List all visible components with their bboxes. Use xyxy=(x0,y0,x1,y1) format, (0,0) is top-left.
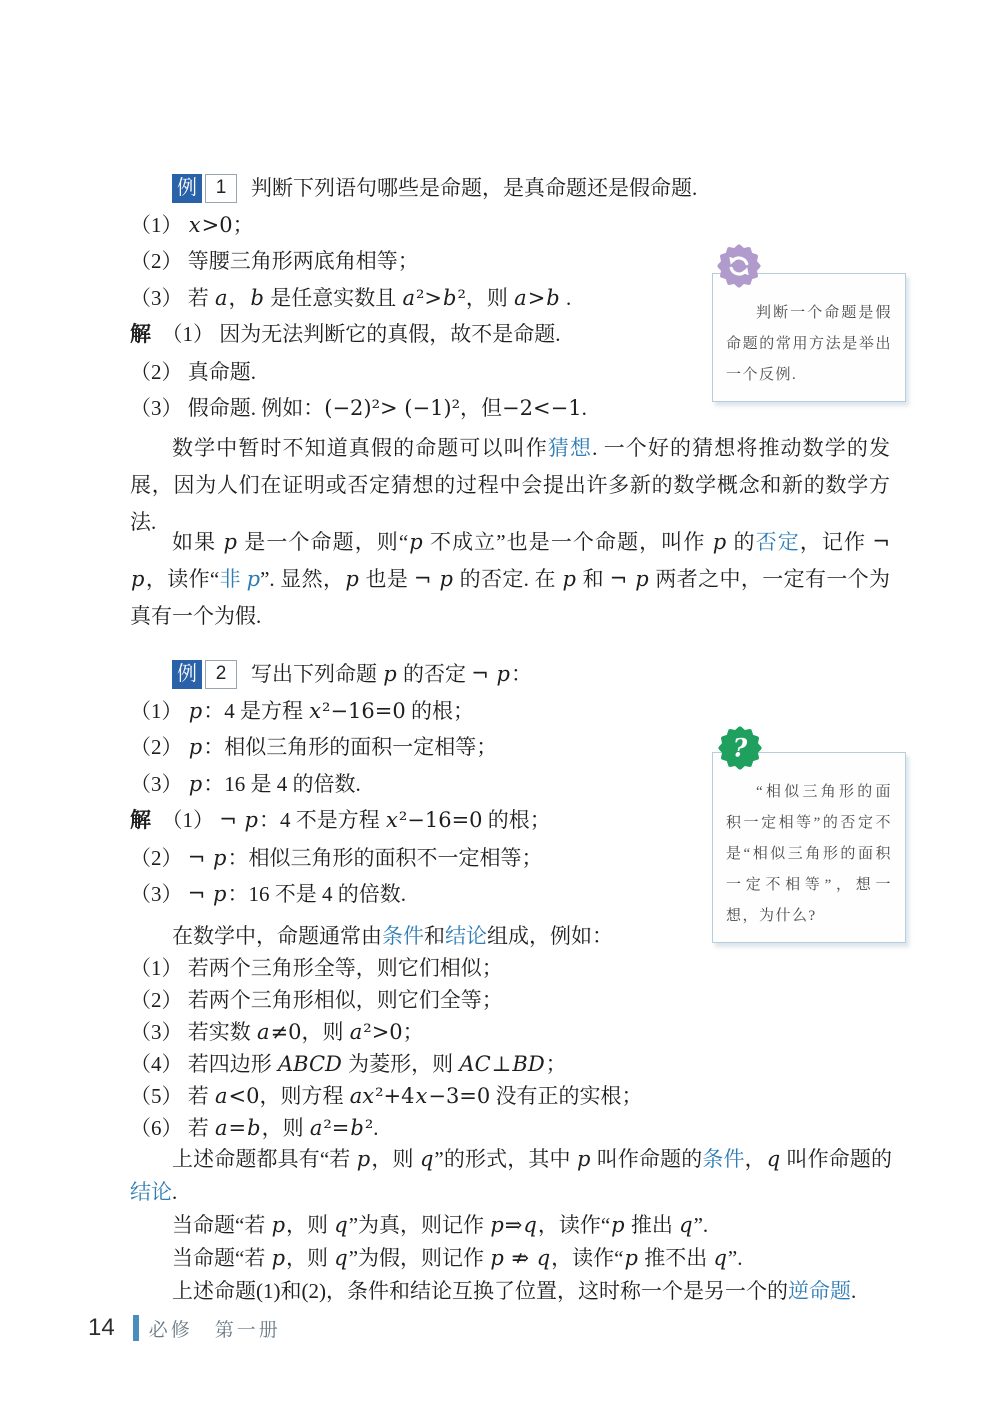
text-segment: b xyxy=(545,286,560,310)
text-segment: −2<−1 xyxy=(502,396,582,420)
text-segment: ²= xyxy=(323,1116,349,1140)
text-segment: . xyxy=(561,286,572,310)
text-segment: . xyxy=(582,396,587,420)
page-footer: 14 必修 第一册 xyxy=(88,1314,281,1342)
text-segment: (−2)²> (−1)² xyxy=(324,396,460,420)
text-segment: p xyxy=(188,772,203,796)
text-segment: a xyxy=(256,1020,271,1044)
text-segment: > xyxy=(528,286,546,310)
text-segment: 的否定. 在 xyxy=(454,567,562,591)
text-segment: 是任意实数且 xyxy=(265,286,402,310)
text-segment: （2） 若两个三角形相似，则它们全等； xyxy=(130,988,503,1012)
textbook-page: 例 1 判断下列语句哪些是命题，是真命题还是假命题. （1） x>0；（2） 等… xyxy=(0,0,1000,1422)
text-segment: a xyxy=(309,1116,324,1140)
text-segment: 叫作命题的 xyxy=(591,1147,702,1171)
text-segment: ≠0 xyxy=(271,1020,302,1044)
text-line: （1） x>0； xyxy=(130,207,730,244)
text-segment: x xyxy=(415,1084,429,1108)
text-segment: . xyxy=(851,1279,856,1303)
text-segment: 条件 xyxy=(702,1147,744,1171)
example-badge-label: 例 xyxy=(172,174,202,203)
text-segment: p xyxy=(624,1246,639,1270)
text-segment: 没有正的实根； xyxy=(490,1084,642,1108)
text-line: （6） 若 a=b，则 a²=b². xyxy=(130,1112,892,1144)
text-segment: 当命题“若 xyxy=(172,1246,271,1270)
text-segment: （3） xyxy=(130,882,188,906)
text-segment: BD xyxy=(511,1052,545,1076)
margin-note-think: ? “相似三角形的面积一定相等”的否定不是“相似三角形的面积一定不相等”，想一想… xyxy=(712,752,906,943)
text-segment: 上述命题(1)和(2)，条件和结论互换了位置，这时称一个是另一个的 xyxy=(172,1279,788,1303)
text-segment: ，记作 xyxy=(800,530,873,554)
example1-badge: 例 1 xyxy=(172,174,237,203)
text-segment: p xyxy=(562,567,577,591)
text-segment: 推出 xyxy=(626,1213,679,1237)
text-segment: ， xyxy=(229,286,250,310)
text-line: （1） p：4 是方程 x²−16=0 的根； xyxy=(130,693,730,730)
text-segment: （2） xyxy=(130,735,188,759)
text-segment: = xyxy=(229,1116,247,1140)
text-segment: ； xyxy=(403,1020,424,1044)
text-segment: （1） 因为无法判断它的真假，故不是命题. xyxy=(151,322,561,346)
text-segment: （6） 若 xyxy=(130,1116,214,1140)
text-segment: ，但 xyxy=(460,396,502,420)
text-segment: ¬ xyxy=(219,808,243,832)
text-segment: ²−16=0 xyxy=(322,699,406,723)
section-intro-line: 在数学中，命题通常由条件和结论组成，例如： xyxy=(130,920,892,952)
text-segment: ：相似三角形的面积不一定相等； xyxy=(227,846,542,870)
text-segment: x xyxy=(385,808,399,832)
text-line: （3） p：16 是 4 的倍数. xyxy=(130,766,730,803)
example2-block: 例 2 写出下列命题 p 的否定 ¬ p： （1） p：4 是方程 x²−16=… xyxy=(130,656,730,913)
text-segment: ， xyxy=(745,1147,766,1171)
text-segment: 为菱形，则 xyxy=(343,1052,459,1076)
text-segment: 也是 xyxy=(360,567,414,591)
footer-divider-bar xyxy=(133,1315,139,1341)
text-segment: 判断下列语句哪些是命题，是真命题还是假命题. xyxy=(251,176,697,200)
text-segment: ¬ xyxy=(471,662,495,686)
text-segment: p xyxy=(634,567,649,591)
text-segment: x xyxy=(188,213,202,237)
text-segment: p xyxy=(271,1213,286,1237)
text-segment: p xyxy=(489,1246,504,1270)
text-segment: ，则 xyxy=(286,1246,333,1270)
text-line: 解 （1） ¬ p：4 不是方程 x²−16=0 的根； xyxy=(130,802,730,840)
text-segment: b xyxy=(442,286,457,310)
closing-form-paragraph: 上述命题都具有“若 p，则 q”的形式，其中 p 叫作命题的条件，q 叫作命题的… xyxy=(130,1143,892,1209)
text-segment: ¬ xyxy=(610,567,635,591)
text-segment: ，则 xyxy=(262,1116,309,1140)
text-segment: ：16 是 4 的倍数. xyxy=(203,772,361,796)
text-segment: p xyxy=(244,808,259,832)
text-segment: ⊥ xyxy=(492,1052,512,1076)
text-segment: ”. 显然， xyxy=(260,567,344,591)
question-badge-icon: ? xyxy=(718,726,762,770)
text-segment: 和 xyxy=(577,567,610,591)
text-segment: 上述命题都具有“若 xyxy=(172,1147,356,1171)
text-line: 解 （1） 因为无法判断它的真假，故不是命题. xyxy=(130,316,730,354)
text-segment: q xyxy=(766,1147,781,1171)
text-segment: 在数学中，命题通常由 xyxy=(172,924,382,948)
section-item-lines: （1） 若两个三角形全等，则它们相似；（2） 若两个三角形相似，则它们全等；（3… xyxy=(130,952,892,1144)
text-segment: ； xyxy=(546,1052,567,1076)
text-line: （2） 真命题. xyxy=(130,354,730,391)
text-segment: b xyxy=(246,1116,261,1140)
text-line: （2） 若两个三角形相似，则它们全等； xyxy=(130,984,892,1016)
text-segment: ABCD xyxy=(277,1052,343,1076)
text-segment: （3） 假命题. 例如： xyxy=(130,396,324,420)
text-segment: . xyxy=(172,1180,177,1204)
text-segment: 和 xyxy=(424,924,445,948)
text-segment: 非 xyxy=(219,567,246,591)
text-segment: a xyxy=(513,286,528,310)
example1-title-line: 例 1 判断下列语句哪些是命题，是真命题还是假命题. xyxy=(172,170,730,207)
text-segment: p xyxy=(408,530,423,554)
text-line: （3） ¬ p：16 不是 4 的倍数. xyxy=(130,876,730,913)
text-segment: ，则 xyxy=(286,1213,333,1237)
text-segment: x xyxy=(308,699,322,723)
text-segment: ”为真，则记作 xyxy=(349,1213,490,1237)
text-segment: ”为假，则记作 xyxy=(349,1246,490,1270)
text-segment: ²>0 xyxy=(363,1020,402,1044)
text-segment: <0 xyxy=(229,1084,260,1108)
text-segment: q xyxy=(522,1213,537,1237)
text-segment: （1） xyxy=(130,699,188,723)
text-line: （3） 若实数 a≠0，则 a²>0； xyxy=(130,1016,892,1048)
book-title: 必修 第一册 xyxy=(149,1315,281,1342)
text-segment: ，读作“ xyxy=(538,1213,610,1237)
paragraph-negation: 如果 p 是一个命题，则“p 不成立”也是一个命题，叫作 p 的否定，记作 ¬ … xyxy=(130,524,890,635)
text-segment: ²−16=0 xyxy=(399,808,483,832)
text-segment: ²> xyxy=(416,286,442,310)
text-segment: ⇏ xyxy=(505,1246,536,1270)
text-line: （4） 若四边形 ABCD 为菱形，则 AC⊥BD； xyxy=(130,1048,892,1080)
text-segment: p xyxy=(344,567,359,591)
text-segment: a xyxy=(214,1116,229,1140)
example2-title-text: 写出下列命题 p 的否定 ¬ p： xyxy=(251,656,532,693)
text-segment: 的根； xyxy=(483,808,551,832)
text-segment: （2） 真命题. xyxy=(130,360,256,384)
example-badge-number: 1 xyxy=(205,174,237,203)
svg-text:?: ? xyxy=(733,733,748,762)
text-segment: ² xyxy=(365,1116,373,1140)
text-segment: a xyxy=(214,286,229,310)
text-segment: （2） xyxy=(130,846,188,870)
text-segment: （1） xyxy=(130,213,188,237)
text-segment: b xyxy=(250,286,265,310)
text-segment: ²+4 xyxy=(375,1084,414,1108)
example2-title-line: 例 2 写出下列命题 p 的否定 ¬ p： xyxy=(172,656,730,693)
text-segment: 解 xyxy=(130,809,151,832)
text-segment: 写出下列命题 xyxy=(251,662,382,686)
text-segment: 的根； xyxy=(406,699,474,723)
example-badge-number: 2 xyxy=(205,660,237,689)
text-segment: 解 xyxy=(130,323,151,346)
condition-conclusion-section: 在数学中，命题通常由条件和结论组成，例如： （1） 若两个三角形全等，则它们相似… xyxy=(130,920,892,1144)
margin-note-counterexample-text: 判断一个命题是假命题的常用方法是举出一个反例. xyxy=(726,298,892,391)
example1-block: 例 1 判断下列语句哪些是命题，是真命题还是假命题. （1） x>0；（2） 等… xyxy=(130,170,730,427)
text-line: （2） ¬ p：相似三角形的面积不一定相等； xyxy=(130,840,730,877)
text-segment: p xyxy=(223,530,238,554)
text-segment: 不成立”也是一个命题，叫作 xyxy=(424,530,712,554)
text-segment: 结论 xyxy=(445,924,487,948)
text-segment: ：相似三角形的面积一定相等； xyxy=(203,735,497,759)
text-segment: ，则方程 xyxy=(260,1084,349,1108)
text-segment: q xyxy=(712,1246,727,1270)
text-segment: （5） 若 xyxy=(130,1084,214,1108)
text-segment: 推不出 xyxy=(639,1246,713,1270)
text-segment: ”. xyxy=(694,1213,709,1237)
text-segment: 组成，例如： xyxy=(487,924,613,948)
text-segment: ，读作“ xyxy=(145,567,219,591)
text-segment: （3） 若 xyxy=(130,286,214,310)
text-segment: p xyxy=(188,735,203,759)
text-segment: p xyxy=(247,567,260,591)
text-line: （2） 等腰三角形两底角相等； xyxy=(130,243,730,280)
text-segment: ，则 xyxy=(371,1147,419,1171)
text-segment: 结论 xyxy=(130,1180,172,1204)
example1-lines: （1） x>0；（2） 等腰三角形两底角相等；（3） 若 a，b 是任意实数且 … xyxy=(130,207,730,427)
text-segment: . xyxy=(373,1116,378,1140)
refresh-badge-icon xyxy=(717,244,761,288)
example1-title-text: 判断下列语句哪些是命题，是真命题还是假命题. xyxy=(251,170,697,207)
text-segment: ¬ xyxy=(188,882,212,906)
text-segment: （3） xyxy=(130,772,188,796)
text-segment: 如果 xyxy=(172,530,223,554)
text-segment: ：16 不是 4 的倍数. xyxy=(227,882,406,906)
text-segment: q xyxy=(536,1246,551,1270)
text-segment: 猜想 xyxy=(548,436,592,460)
text-segment: p xyxy=(712,530,727,554)
text-segment: q xyxy=(419,1147,434,1171)
text-segment: p xyxy=(212,846,227,870)
text-segment: 叫作命题的 xyxy=(781,1147,892,1171)
text-segment: （3） 若实数 xyxy=(130,1020,256,1044)
text-segment: （2） 等腰三角形两底角相等； xyxy=(130,249,419,273)
text-segment: ： xyxy=(511,662,532,686)
text-segment: 的否定 xyxy=(398,662,472,686)
text-line: （5） 若 a<0，则方程 ax²+4x−3=0 没有正的实根； xyxy=(130,1080,892,1112)
text-segment: （1） 若两个三角形全等，则它们相似； xyxy=(130,956,503,980)
example-badge-label: 例 xyxy=(172,660,202,689)
text-segment: AC xyxy=(458,1052,491,1076)
text-segment: ¬ xyxy=(414,567,439,591)
margin-note-counterexample: 判断一个命题是假命题的常用方法是举出一个反例. xyxy=(712,273,906,402)
text-segment: p xyxy=(212,882,227,906)
paragraph-negation-text: 如果 p 是一个命题，则“p 不成立”也是一个命题，叫作 p 的否定，记作 ¬ … xyxy=(130,524,890,635)
text-segment: q xyxy=(678,1213,693,1237)
closing-paragraphs: 上述命题都具有“若 p，则 q”的形式，其中 p 叫作命题的条件，q 叫作命题的… xyxy=(130,1143,892,1308)
text-segment: q xyxy=(333,1213,348,1237)
text-segment: 当命题“若 xyxy=(172,1213,271,1237)
text-segment: ”的形式，其中 xyxy=(434,1147,576,1171)
text-segment: q xyxy=(333,1246,348,1270)
text-line: （2） p：相似三角形的面积一定相等； xyxy=(130,729,730,766)
example2-badge: 例 2 xyxy=(172,660,237,689)
text-line: （1） 若两个三角形全等，则它们相似； xyxy=(130,952,892,984)
text-segment: ，则 xyxy=(302,1020,349,1044)
text-segment: 条件 xyxy=(382,924,424,948)
text-segment: p xyxy=(130,567,145,591)
text-segment: 逆命题 xyxy=(788,1279,851,1303)
text-segment: >0 xyxy=(202,213,233,237)
text-segment: 的 xyxy=(727,530,755,554)
text-segment: p xyxy=(610,1213,625,1237)
text-segment: （4） 若四边形 xyxy=(130,1052,277,1076)
text-segment: ”. xyxy=(728,1246,743,1270)
text-line: （3） 假命题. 例如：(−2)²> (−1)²，但−2<−1. xyxy=(130,390,730,427)
text-line: （3） 若 a，b 是任意实数且 a²>b²，则 a>b . xyxy=(130,280,730,317)
closing-converse-line: 上述命题(1)和(2)，条件和结论互换了位置，这时称一个是另一个的逆命题. xyxy=(130,1275,892,1308)
text-segment: a xyxy=(349,1020,364,1044)
text-segment: ⇒ xyxy=(505,1213,523,1237)
text-segment: a xyxy=(214,1084,229,1108)
text-segment: ：4 是方程 xyxy=(203,699,308,723)
text-segment: ² xyxy=(457,286,465,310)
closing-not-implies-line: 当命题“若 p，则 q”为假，则记作 p ⇏ q，读作“p 推不出 q”. xyxy=(130,1242,892,1275)
text-segment: b xyxy=(349,1116,364,1140)
text-segment: p xyxy=(439,567,454,591)
text-segment: ¬ xyxy=(188,846,212,870)
closing-implies-line: 当命题“若 p，则 q”为真，则记作 p⇒q，读作“p 推出 q”. xyxy=(130,1209,892,1242)
text-segment: a xyxy=(401,286,416,310)
text-segment: 是一个命题，则“ xyxy=(238,530,408,554)
text-segment: （1） xyxy=(151,808,219,832)
text-segment: ，读作“ xyxy=(551,1246,623,1270)
text-segment: p xyxy=(356,1147,371,1171)
example2-lines: （1） p：4 是方程 x²−16=0 的根；（2） p：相似三角形的面积一定相… xyxy=(130,693,730,913)
text-segment: −3=0 xyxy=(428,1084,490,1108)
text-segment: ax xyxy=(349,1084,375,1108)
text-segment: p xyxy=(188,699,203,723)
text-segment: 否定 xyxy=(756,530,800,554)
text-segment: 数学中暂时不知道真假的命题可以叫作 xyxy=(172,436,548,460)
text-segment: ¬ xyxy=(872,530,890,554)
text-segment: ：4 不是方程 xyxy=(259,808,385,832)
text-segment: p xyxy=(489,1213,504,1237)
text-segment: p xyxy=(382,662,397,686)
text-segment: p xyxy=(495,662,510,686)
text-segment: ，则 xyxy=(466,286,513,310)
page-number: 14 xyxy=(88,1314,115,1342)
text-segment: p xyxy=(271,1246,286,1270)
margin-note-think-text: “相似三角形的面积一定相等”的否定不是“相似三角形的面积一定不相等”，想一想，为… xyxy=(726,777,892,932)
text-segment: ； xyxy=(233,213,254,237)
text-segment: p xyxy=(576,1147,591,1171)
